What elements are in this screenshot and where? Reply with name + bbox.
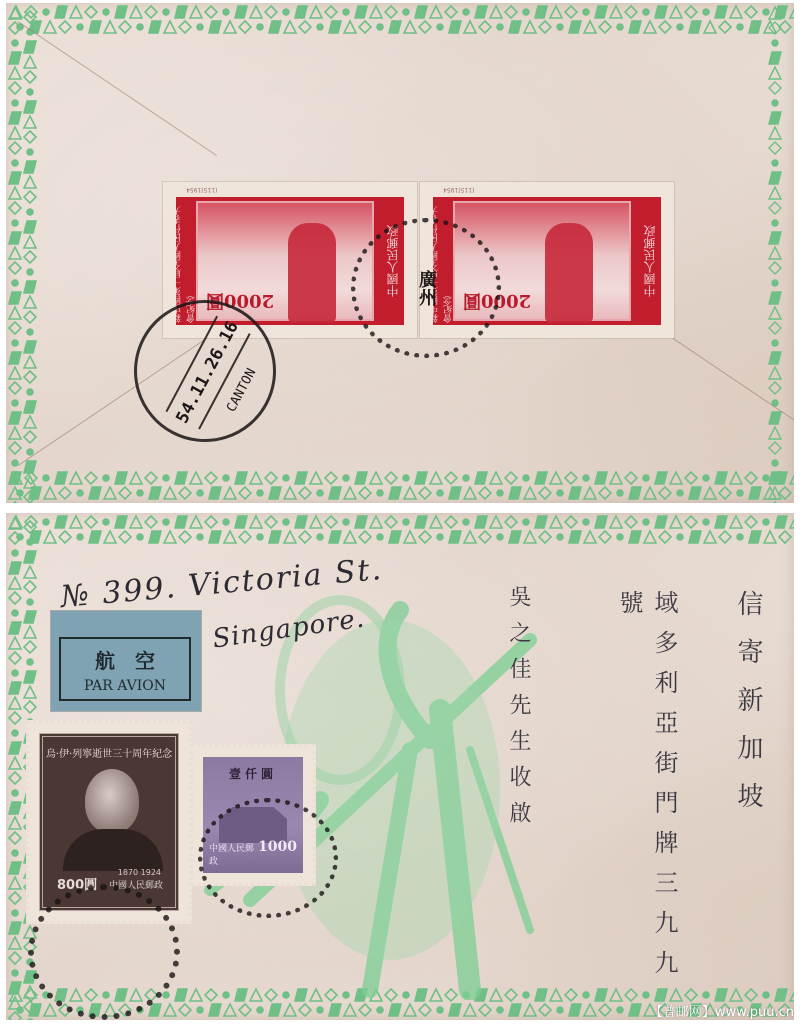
geometric-border-bottom bbox=[6, 469, 794, 503]
geometric-border-left bbox=[6, 3, 40, 503]
postmark-text: 廣州 bbox=[412, 236, 440, 340]
stamp-years: 1870 1924 bbox=[118, 868, 161, 877]
postmark-front-purple bbox=[198, 798, 338, 918]
airmail-label-french: PAR AVION bbox=[84, 678, 166, 694]
airmail-label: 航空 PAR AVION bbox=[51, 611, 201, 711]
street-address-vertical: 域多利亞街門牌三九九號 bbox=[612, 590, 682, 1024]
stamp-inscription: 烏·伊·列寧逝世三十周年紀念 bbox=[43, 745, 175, 760]
stamp-imprint: (115)1954 bbox=[443, 186, 474, 193]
postmark-front-lenin bbox=[28, 884, 180, 1020]
stamp-imprint: (115)1954 bbox=[186, 186, 217, 193]
stamp-portrait-head bbox=[85, 769, 139, 833]
geometric-border-top bbox=[6, 3, 794, 37]
recipient-name-vertical: 吳之佳先生收啟 bbox=[503, 585, 534, 837]
geometric-border-top bbox=[6, 513, 794, 547]
stamp-portrait-body bbox=[63, 829, 163, 871]
destination-city-vertical: 信寄新加坡 bbox=[730, 590, 767, 830]
geometric-border-right bbox=[766, 3, 794, 503]
flap-fold-line bbox=[17, 21, 217, 156]
airmail-label-frame: 航空 PAR AVION bbox=[59, 637, 191, 701]
stamp-country-text: 中國人民郵政 bbox=[641, 199, 659, 323]
envelope-back: (115)1954 中國人民郵政 新中國第一屆全國人民代表大會紀念 2000圓 … bbox=[6, 3, 794, 503]
airmail-label-chinese: 航空 bbox=[75, 645, 175, 674]
postmark-center-dotted: 廣州 bbox=[351, 218, 501, 358]
stamp-figure bbox=[288, 223, 336, 323]
stamp-figure bbox=[545, 223, 593, 323]
stamp-top-text: 壹仟圓 bbox=[203, 765, 303, 782]
site-watermark: 【普邮网】www.puu.cn bbox=[650, 1001, 794, 1020]
